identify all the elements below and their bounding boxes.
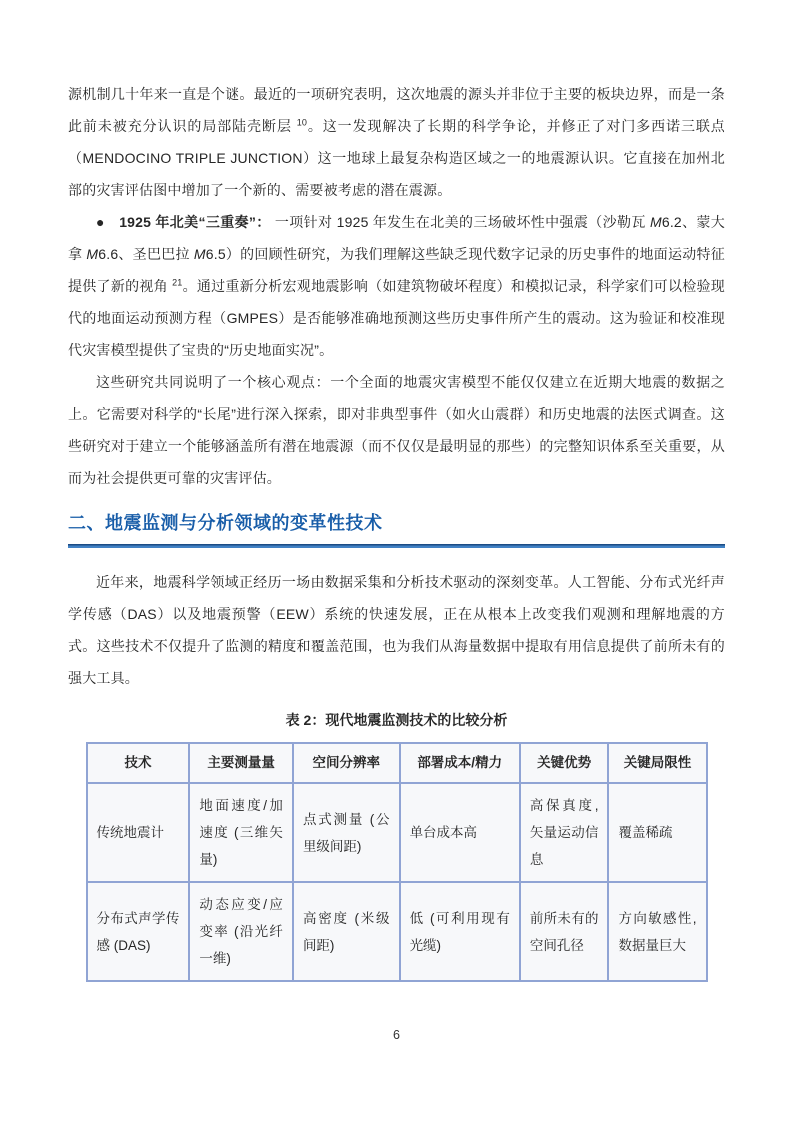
text-run-normal: 6.6、圣巴巴拉 — [98, 246, 194, 262]
body-paragraph-tech-intro: 近年来，地震科学领域正经历一场由数据采集和分析技术驱动的深刻变革。人工智能、分布… — [68, 566, 725, 694]
table-cell: 高保真度, 矢量运动信息 — [520, 783, 609, 882]
column-header: 关键局限性 — [608, 743, 706, 783]
table-cell: 覆盖稀疏 — [608, 783, 706, 882]
table-cell: 传统地震计 — [87, 783, 190, 882]
page-number: 6 — [0, 1028, 793, 1042]
text-run-sup: 21 — [172, 277, 182, 287]
table-cell: 高密度 (米级间距) — [293, 882, 400, 981]
heading-underline-rule — [68, 544, 725, 548]
table-header-row: 技术主要测量量空间分辨率部署成本/精力关键优势关键局限性 — [87, 743, 707, 783]
table-caption: 表 2：现代地震监测技术的比较分析 — [68, 710, 725, 730]
text-run-sup: 10 — [297, 117, 307, 127]
section-heading: 二、地震监测与分析领域的变革性技术 — [68, 510, 725, 536]
table-body: 传统地震计地面速度/加速度 (三维矢量)点式测量 (公里级间距)单台成本高高保真… — [87, 783, 707, 981]
text-run-normal: 一项针对 1925 年发生在北美的三场破坏性中强震（沙勒瓦 — [271, 214, 650, 230]
document-page: 源机制几十年来一直是个谜。最近的一项研究表明，这次地震的源头并非位于主要的板块边… — [0, 0, 793, 1122]
table-cell: 低 (可利用现有光缆) — [400, 882, 520, 981]
table-cell: 单台成本高 — [400, 783, 520, 882]
column-header: 主要测量量 — [189, 743, 293, 783]
text-run-italic: M — [86, 246, 98, 262]
text-run-normal: 近年来，地震科学领域正经历一场由数据采集和分析技术驱动的深刻变革。人工智能、分布… — [68, 574, 725, 686]
bullet-paragraph-1925-triple: ● 1925 年北美“三重奏”： 一项针对 1925 年发生在北美的三场破坏性中… — [68, 206, 725, 366]
column-header: 技术 — [87, 743, 190, 783]
table-cell: 分布式声学传感 (DAS) — [87, 882, 190, 981]
table-row: 传统地震计地面速度/加速度 (三维矢量)点式测量 (公里级间距)单台成本高高保真… — [87, 783, 707, 882]
column-header: 部署成本/精力 — [400, 743, 520, 783]
table-cell: 地面速度/加速度 (三维矢量) — [189, 783, 293, 882]
monitoring-tech-comparison-table: 技术主要测量量空间分辨率部署成本/精力关键优势关键局限性 传统地震计地面速度/加… — [86, 742, 708, 982]
table-cell: 前所未有的空间孔径 — [520, 882, 609, 981]
table-cell: 动态应变/应变率 (沿光纤一维) — [189, 882, 293, 981]
body-paragraph-core-point: 这些研究共同说明了一个核心观点：一个全面的地震灾害模型不能仅仅建立在近期大地震的… — [68, 366, 725, 494]
text-run-normal: ● — [96, 214, 119, 230]
table-row: 分布式声学传感 (DAS)动态应变/应变率 (沿光纤一维)高密度 (米级间距)低… — [87, 882, 707, 981]
column-header: 关键优势 — [520, 743, 609, 783]
text-run-italic: M — [650, 214, 662, 230]
body-paragraph-1: 源机制几十年来一直是个谜。最近的一项研究表明，这次地震的源头并非位于主要的板块边… — [68, 78, 725, 206]
table-cell: 方向敏感性, 数据量巨大 — [608, 882, 706, 981]
column-header: 空间分辨率 — [293, 743, 400, 783]
text-run-normal: 这些研究共同说明了一个核心观点：一个全面的地震灾害模型不能仅仅建立在近期大地震的… — [68, 374, 725, 486]
table-cell: 点式测量 (公里级间距) — [293, 783, 400, 882]
text-run-bold: 1925 年北美“三重奏”： — [119, 214, 270, 230]
text-run-italic: M — [194, 246, 206, 262]
